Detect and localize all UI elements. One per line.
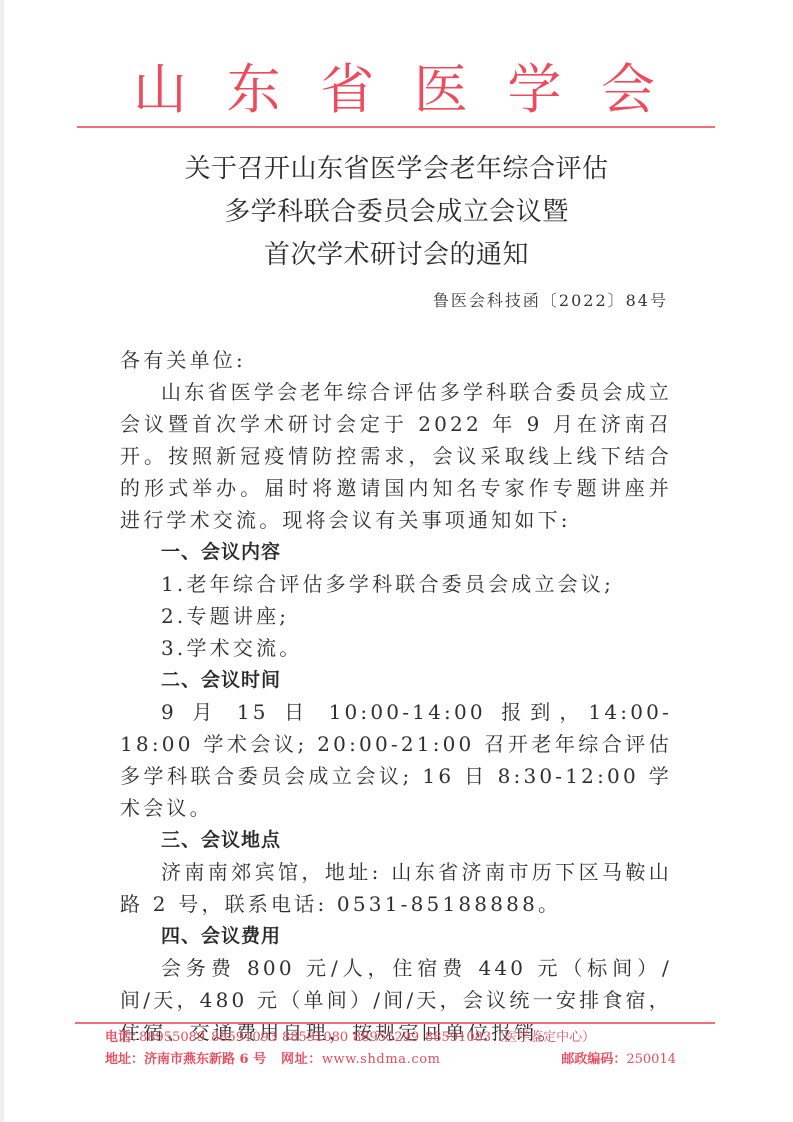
- postcode-value: 250014: [626, 1049, 676, 1071]
- footer-phone-row: 电话： 88955089 88591093 88591080 88955299 …: [105, 1027, 685, 1049]
- website-label: 网址：: [281, 1049, 322, 1071]
- letterhead-char: 会: [601, 62, 655, 118]
- phone-number: 88955089: [139, 1027, 211, 1049]
- title-line: 关于召开山东省医学会老年综合评估: [0, 148, 793, 191]
- document-number: 鲁医会科技函〔2022〕84号: [433, 290, 668, 312]
- letterhead-org-name: 山 东 省 医 学 会: [77, 62, 715, 118]
- phone-number: 88591093: [211, 1027, 282, 1049]
- list-item: 3.学术交流。: [120, 632, 672, 664]
- website-link[interactable]: www.shdma.com: [322, 1049, 441, 1071]
- salutation: 各有关单位:: [120, 344, 672, 376]
- list-item: 1.老年综合评估多学科联合委员会成立会议;: [120, 568, 672, 600]
- letterhead-char: 学: [507, 62, 561, 118]
- address-value: 济南市燕东新路 6 号: [144, 1049, 266, 1071]
- time-paragraph: 9 月 15 日 10:00-14:00 报到，14:00-18:00 学术会议…: [120, 696, 672, 824]
- section-heading-fees: 四、会议费用: [120, 920, 672, 952]
- postcode: 邮政编码：250014: [486, 1049, 676, 1071]
- section-heading-content: 一、会议内容: [120, 536, 672, 568]
- letterhead-char: 山: [133, 62, 187, 118]
- list-item: 2.专题讲座;: [120, 600, 672, 632]
- phone-number: 88591083（医学鉴定中心）: [425, 1027, 595, 1049]
- phone-label: 电话：: [105, 1027, 139, 1049]
- phone-number: 88955299: [353, 1027, 425, 1049]
- address: 地址：济南市燕东新路 6 号: [105, 1049, 281, 1071]
- intro-paragraph: 山东省医学会老年综合评估多学科联合委员会成立会议暨首次学术研讨会定于 2022 …: [120, 376, 672, 536]
- title-line: 首次学术研讨会的通知: [0, 234, 793, 277]
- website: 网址：www.shdma.com: [281, 1049, 486, 1071]
- letterhead-divider: [77, 126, 715, 128]
- document-title: 关于召开山东省医学会老年综合评估 多学科联合委员会成立会议暨 首次学术研讨会的通…: [0, 148, 793, 277]
- postcode-label: 邮政编码：: [561, 1049, 626, 1071]
- location-paragraph: 济南南郊宾馆，地址: 山东省济南市历下区马鞍山路 2 号，联系电话: 0531-…: [120, 856, 672, 920]
- document-body: 各有关单位: 山东省医学会老年综合评估多学科联合委员会成立会议暨首次学术研讨会定…: [120, 344, 672, 1048]
- letterhead-char: 省: [320, 62, 374, 118]
- footer-divider: [75, 1022, 715, 1024]
- address-label: 地址：: [105, 1049, 144, 1071]
- letterhead-footer: 电话： 88955089 88591093 88591080 88955299 …: [105, 1027, 685, 1071]
- section-heading-time: 二、会议时间: [120, 664, 672, 696]
- title-line: 多学科联合委员会成立会议暨: [0, 191, 793, 234]
- footer-address-row: 地址：济南市燕东新路 6 号 网址：www.shdma.com 邮政编码：250…: [105, 1049, 685, 1071]
- phone-number: 88591080: [282, 1027, 353, 1049]
- letterhead-char: 东: [227, 62, 281, 118]
- letterhead-char: 医: [414, 62, 468, 118]
- section-heading-location: 三、会议地点: [120, 824, 672, 856]
